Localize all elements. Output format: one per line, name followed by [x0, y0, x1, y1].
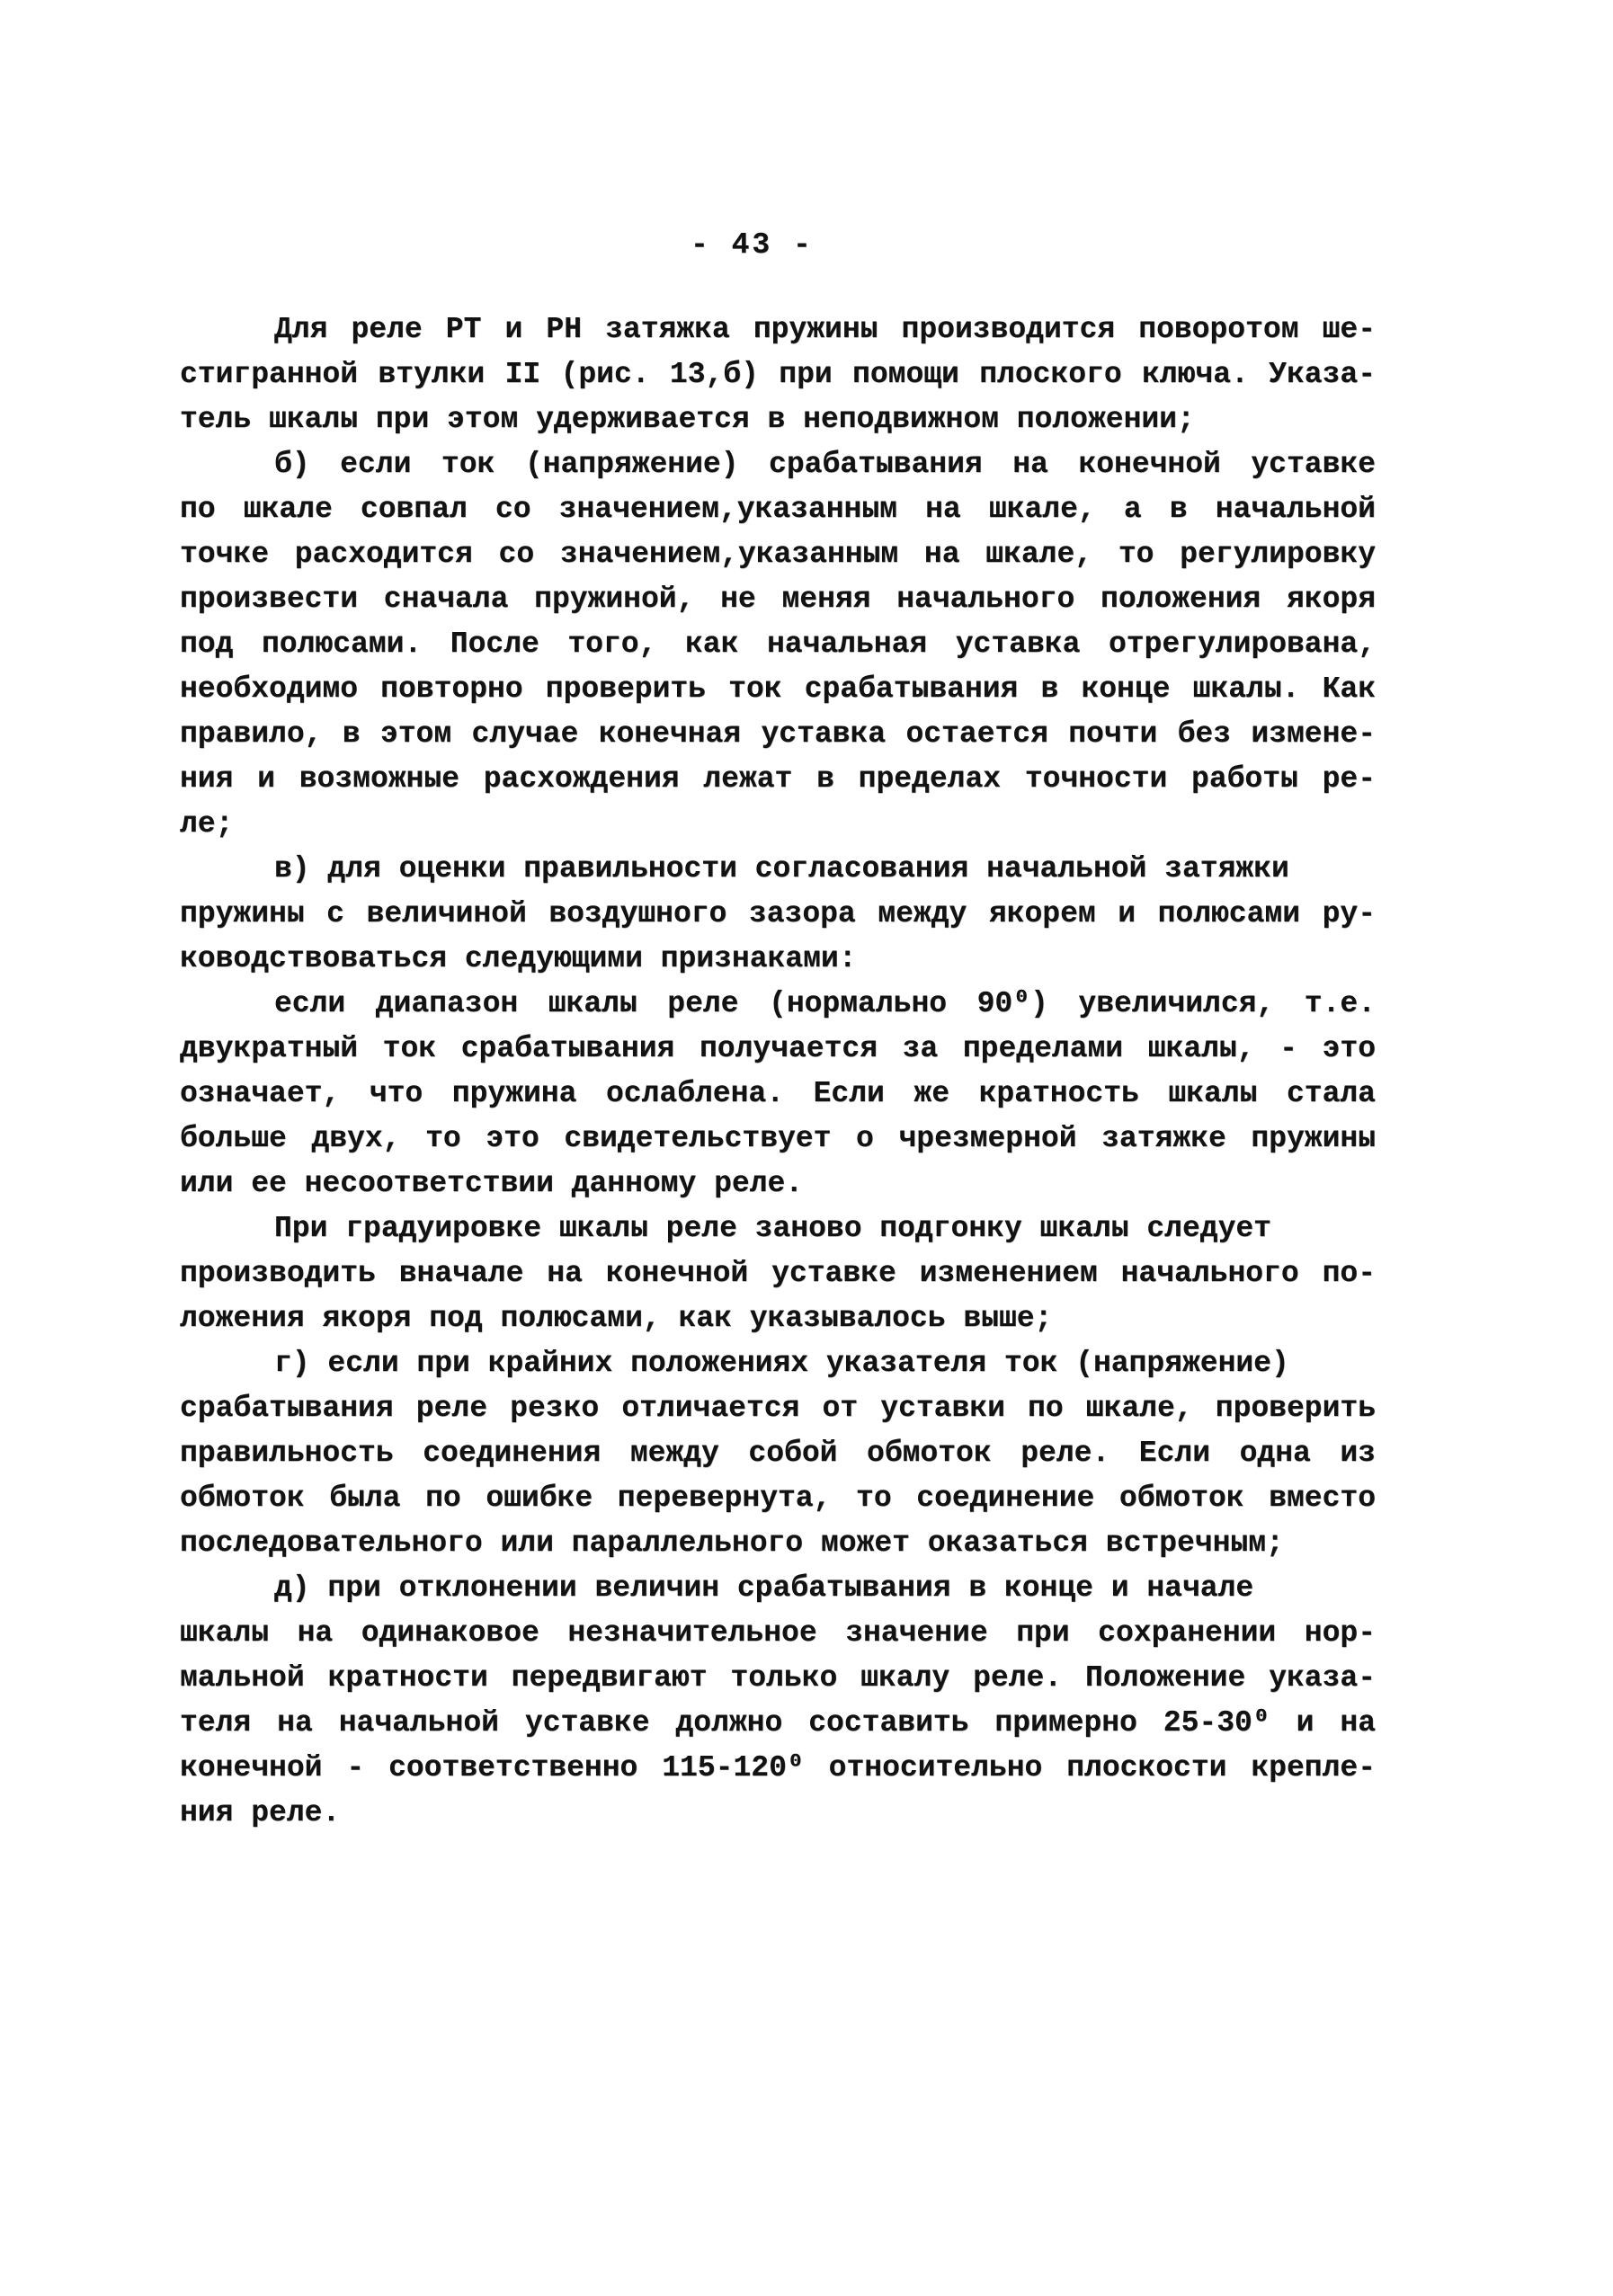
- text-line: в) для оценки правильности согласования …: [180, 847, 1376, 892]
- paragraph: д) при отклонении величин срабатывания в…: [180, 1566, 1376, 1836]
- paragraph: если диапазон шкалы реле (нормально 90⁰)…: [180, 982, 1376, 1206]
- text-line: мальной кратности передвигают только шка…: [180, 1656, 1376, 1701]
- text-line: б) если ток (напряжение) срабатывания на…: [180, 442, 1376, 487]
- text-line: производить вначале на конечной уставке …: [180, 1251, 1376, 1296]
- text-line: срабатывания реле резко отличается от ус…: [180, 1386, 1376, 1431]
- paragraph: б) если ток (напряжение) срабатывания на…: [180, 442, 1376, 847]
- paragraph: Для реле РТ и РН затяжка пружины произво…: [180, 307, 1376, 442]
- text-line: пружины с величиной воздушного зазора ме…: [180, 892, 1376, 937]
- text-line: ле;: [180, 802, 1376, 847]
- text-line: обмоток была по ошибке перевернута, то с…: [180, 1476, 1376, 1521]
- text-line: правило, в этом случае конечная уставка …: [180, 712, 1376, 757]
- text-line: ния и возможные расхождения лежат в пред…: [180, 757, 1376, 802]
- text-line: если диапазон шкалы реле (нормально 90⁰)…: [180, 982, 1376, 1027]
- page-number: - 43 -: [691, 225, 814, 266]
- text-line: шкалы на одинаковое незначительное значе…: [180, 1611, 1376, 1656]
- paragraph: При градуировке шкалы реле заново подгон…: [180, 1206, 1376, 1341]
- text-line: теля на начальной уставке должно состави…: [180, 1701, 1376, 1746]
- text-line: или ее несоответствии данному реле.: [180, 1161, 1376, 1206]
- text-line: двукратный ток срабатывания получается з…: [180, 1027, 1376, 1072]
- text-line: конечной - соответственно 115-120⁰ относ…: [180, 1746, 1376, 1791]
- document-body: Для реле РТ и РН затяжка пружины произво…: [180, 307, 1376, 1836]
- scanned-document-page: - 43 - Для реле РТ и РН затяжка пружины …: [0, 0, 1613, 2296]
- text-line: больше двух, то это свидетельствует о чр…: [180, 1117, 1376, 1161]
- text-line: последовательного или параллельного може…: [180, 1521, 1376, 1566]
- text-line: необходимо повторно проверить ток срабат…: [180, 667, 1376, 712]
- paragraph: г) если при крайних положениях указателя…: [180, 1341, 1376, 1566]
- text-line: г) если при крайних положениях указателя…: [180, 1341, 1376, 1386]
- text-line: ния реле.: [180, 1791, 1376, 1836]
- text-line: под полюсами. После того, как начальная …: [180, 622, 1376, 667]
- text-line: точке расходится со значением,указанным …: [180, 532, 1376, 577]
- text-line: означает, что пружина ослаблена. Если же…: [180, 1072, 1376, 1117]
- text-line: произвести сначала пружиной, не меняя на…: [180, 577, 1376, 622]
- text-line: ководствоваться следующими признаками:: [180, 937, 1376, 982]
- text-line: правильность соединения между собой обмо…: [180, 1431, 1376, 1476]
- text-line: по шкале совпал со значением,указанным н…: [180, 487, 1376, 532]
- text-line: При градуировке шкалы реле заново подгон…: [180, 1206, 1376, 1251]
- paragraph: в) для оценки правильности согласования …: [180, 847, 1376, 982]
- text-line: стигранной втулки II (рис. 13,б) при пом…: [180, 352, 1376, 397]
- text-line: тель шкалы при этом удерживается в непод…: [180, 397, 1376, 442]
- text-line: Для реле РТ и РН затяжка пружины произво…: [180, 307, 1376, 352]
- text-line: ложения якоря под полюсами, как указывал…: [180, 1296, 1376, 1341]
- text-line: д) при отклонении величин срабатывания в…: [180, 1566, 1376, 1611]
